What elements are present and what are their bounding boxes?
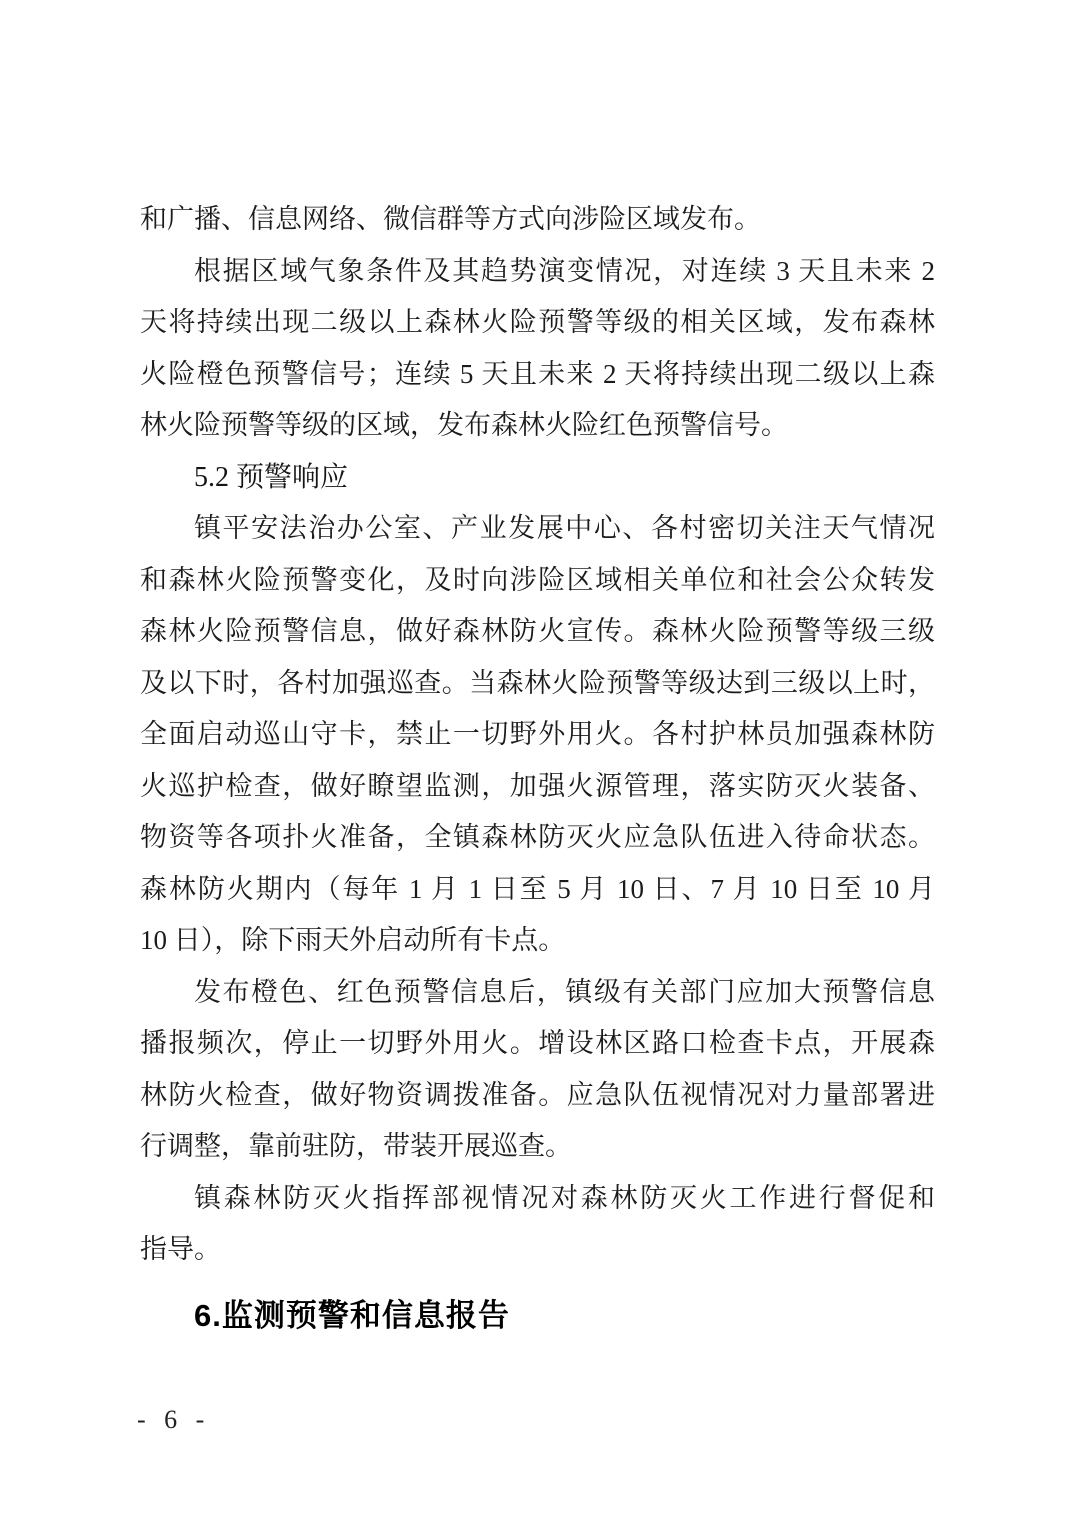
page-number: - 6 -	[137, 1405, 206, 1435]
paragraph-line: 火巡护检查，做好瞭望监测，加强火源管理，落实防灭火装备、	[140, 761, 935, 813]
paragraph-line: 指导。	[140, 1224, 935, 1276]
paragraph-line: 播报频次，停止一切野外用火。增设林区路口检查卡点，开展森	[140, 1018, 935, 1070]
section-heading-5-2: 5.2 预警响应	[140, 452, 935, 504]
document-text-block: 和广播、信息网络、微信群等方式向涉险区域发布。 根据区域气象条件及其趋势演变情况…	[140, 194, 935, 1341]
paragraph-line: 镇平安法治办公室、产业发展中心、各村密切关注天气情况	[140, 503, 935, 555]
paragraph-line: 火险橙色预警信号；连续 5 天且未来 2 天将持续出现二级以上森	[140, 349, 935, 401]
paragraph-line: 物资等各项扑火准备，全镇森林防灭火应急队伍进入待命状态。	[140, 812, 935, 864]
paragraph-line: 全面启动巡山守卡，禁止一切野外用火。各村护林员加强森林防	[140, 709, 935, 761]
paragraph-line: 和森林火险预警变化，及时向涉险区域相关单位和社会公众转发	[140, 555, 935, 607]
paragraph-line: 和广播、信息网络、微信群等方式向涉险区域发布。	[140, 194, 935, 246]
paragraph-line: 森林火险预警信息，做好森林防火宣传。森林火险预警等级三级	[140, 606, 935, 658]
paragraph-line: 及以下时，各村加强巡查。当森林火险预警等级达到三级以上时，	[140, 658, 935, 710]
paragraph-line: 根据区域气象条件及其趋势演变情况，对连续 3 天且未来 2	[140, 246, 935, 298]
paragraph-line: 森林防火期内（每年 1 月 1 日至 5 月 10 日、7 月 10 日至 10…	[140, 864, 935, 916]
paragraph-line: 林防火检查，做好物资调拨准备。应急队伍视情况对力量部署进	[140, 1070, 935, 1122]
paragraph-line: 10 日），除下雨天外启动所有卡点。	[140, 915, 935, 967]
section-heading-6: 6.监测预警和信息报告	[140, 1290, 935, 1342]
paragraph-line: 天将持续出现二级以上森林火险预警等级的相关区域，发布森林	[140, 297, 935, 349]
paragraph-line: 镇森林防灭火指挥部视情况对森林防灭火工作进行督促和	[140, 1173, 935, 1225]
paragraph-line: 林火险预警等级的区域，发布森林火险红色预警信号。	[140, 400, 935, 452]
paragraph-line: 行调整，靠前驻防，带装开展巡查。	[140, 1121, 935, 1173]
document-page: 和广播、信息网络、微信群等方式向涉险区域发布。 根据区域气象条件及其趋势演变情况…	[0, 0, 1074, 1520]
paragraph-line: 发布橙色、红色预警信息后，镇级有关部门应加大预警信息	[140, 967, 935, 1019]
